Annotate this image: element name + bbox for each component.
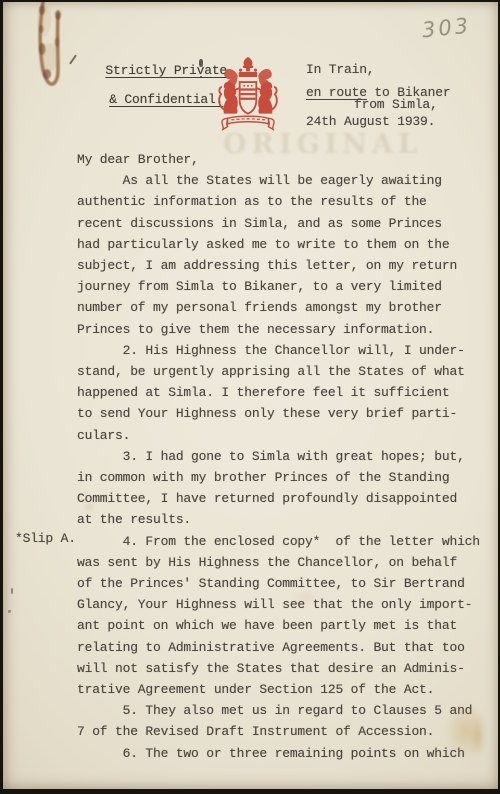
letter-line: number of my personal friends amongst my… [77,297,480,318]
letter-line: Committee, I have returned profoundly di… [77,488,480,509]
letter-line: will not satisfy the States that desire … [77,658,480,679]
crest-lion-right [255,82,276,114]
letter-line: culars. [77,425,480,446]
letter-line: 4. From the enclosed copy* of the letter… [77,531,480,552]
letter-line: had particularly asked me to write to th… [77,234,480,255]
privacy-line2: & Confidential. [109,92,223,107]
letter-line: trative Agreement under Section 125 of t… [77,679,480,700]
crest-lion-left [219,82,240,114]
letter-line: to send Your Highness only these very br… [77,403,480,424]
scanned-letter-page: 303 ORIGINAL Strictly Private & Confiden… [0,0,500,794]
letter-line: recent discussions in Simla, and as some… [77,213,480,234]
letter-line: 7 of the Revised Draft Instrument of Acc… [77,721,480,742]
letter-line: was sent by His Highness the Chancellor,… [77,552,480,573]
privacy-note: Strictly Private & Confidential. [75,49,227,122]
letter-line: Glancy, Your Highness will see that the … [77,594,480,615]
letter-line: 3. I had gone to Simla with great hopes;… [77,446,480,467]
paperclip-rust-stain [31,2,75,102]
letter-line: of the Princes' Standing Committee, to S… [77,573,480,594]
royal-crest-icon [209,57,287,135]
letter-line: journey from Simla to Bikaner, to a very… [77,276,480,297]
ink-speck [11,588,13,594]
letter-line: 2. His Highness the Chancellor will, I u… [77,340,480,361]
dateline-origin: from Simla, [354,97,438,112]
ink-speck [199,59,203,67]
letter-body: My dear Brother, As all the States will … [77,149,480,764]
letter-line: in common with my brother Princes of the… [77,467,480,488]
letter-line: subject, I am addressing this letter, on… [77,255,480,276]
letter-line: at the results. [77,509,480,530]
dateline-date: 24th August 1939. [306,114,435,129]
letter-line: 5. They also met us in regard to Clauses… [77,700,480,721]
letter-line: ant point on which we have been partly m… [77,615,480,636]
pencil-page-number: 303 [421,13,472,42]
ink-speck [8,610,11,613]
letter-line: authentic information as to the results … [77,191,480,212]
letter-line: 6. The two or three remaining points on … [77,743,480,764]
letter-line: stand, be urgently apprising all the Sta… [77,361,480,382]
letter-line: Princes to give them the necessary infor… [77,319,480,340]
letter-line: happened at Simla. I therefore feel it s… [77,382,480,403]
dateline-place: In Train, [306,62,374,77]
letter-line: relating to Administrative Agreements. B… [77,637,480,658]
margin-note-slip-a: *Slip A. [15,531,76,546]
ink-speck [200,76,202,78]
letter-line: As all the States will be eagerly awaiti… [77,170,480,191]
letter-line: My dear Brother, [77,149,480,170]
